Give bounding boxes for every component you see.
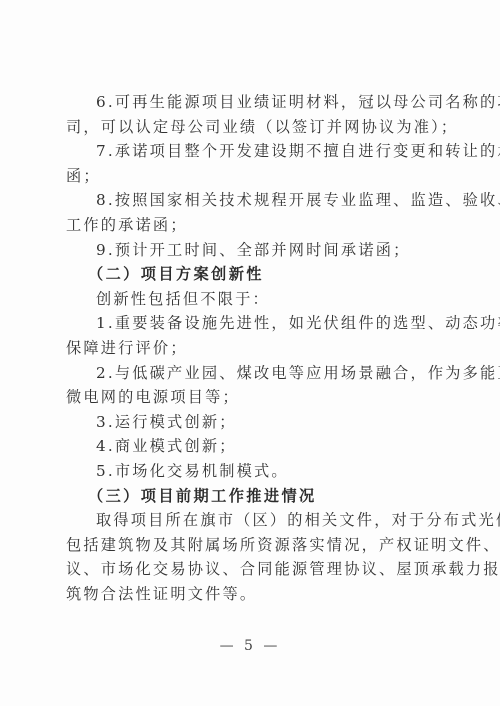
text-line: 8.按照国家相关技术规程开展专业监理、监造、验收、评估 <box>96 190 438 210</box>
text-line: 取得项目所在旗市（区）的相关文件，对于分布式光伏项目 <box>96 510 438 530</box>
text-line: 5.市场化交易机制模式。 <box>96 461 438 481</box>
page-number: — 5 — <box>0 638 500 654</box>
text-line: 4.商业模式创新； <box>96 436 438 456</box>
text-line: 议、市场化交易协议、合同能源管理协议、屋顶承载力报告、建 <box>66 559 438 579</box>
text-line: 创新性包括但不限于： <box>96 289 438 309</box>
text-line: 司，可以认定母公司业绩（以签订并网协议为准）； <box>66 117 438 137</box>
section-heading: （三）项目前期工作推进情况 <box>88 486 460 506</box>
text-line: 微电网的电源项目等； <box>66 387 438 407</box>
text-line: 9.预计开工时间、全部并网时间承诺函； <box>96 240 438 260</box>
text-line: 保障进行评价； <box>66 338 438 358</box>
text-line: 7.承诺项目整个开发建设期不擅自进行变更和转让的承诺 <box>96 141 438 161</box>
text-line: 包括建筑物及其附属场所资源落实情况，产权证明文件、租用协 <box>66 535 438 555</box>
section-heading: （二）项目方案创新性 <box>88 264 460 284</box>
text-line: 工作的承诺函； <box>66 215 438 235</box>
text-line: 3.运行模式创新； <box>96 412 438 432</box>
text-line: 1.重要装备设施先进性，如光伏组件的选型、动态功率曲线 <box>96 313 438 333</box>
text-line: 函； <box>66 166 438 186</box>
text-line: 6.可再生能源项目业绩证明材料，冠以母公司名称的项目公 <box>96 92 438 112</box>
text-line: 筑物合法性证明文件等。 <box>66 584 438 604</box>
text-line: 2.与低碳产业园、煤改电等应用场景融合，作为多能互补、 <box>96 363 438 383</box>
document-page: 6.可再生能源项目业绩证明材料，冠以母公司名称的项目公司，可以认定母公司业绩（以… <box>0 0 500 706</box>
